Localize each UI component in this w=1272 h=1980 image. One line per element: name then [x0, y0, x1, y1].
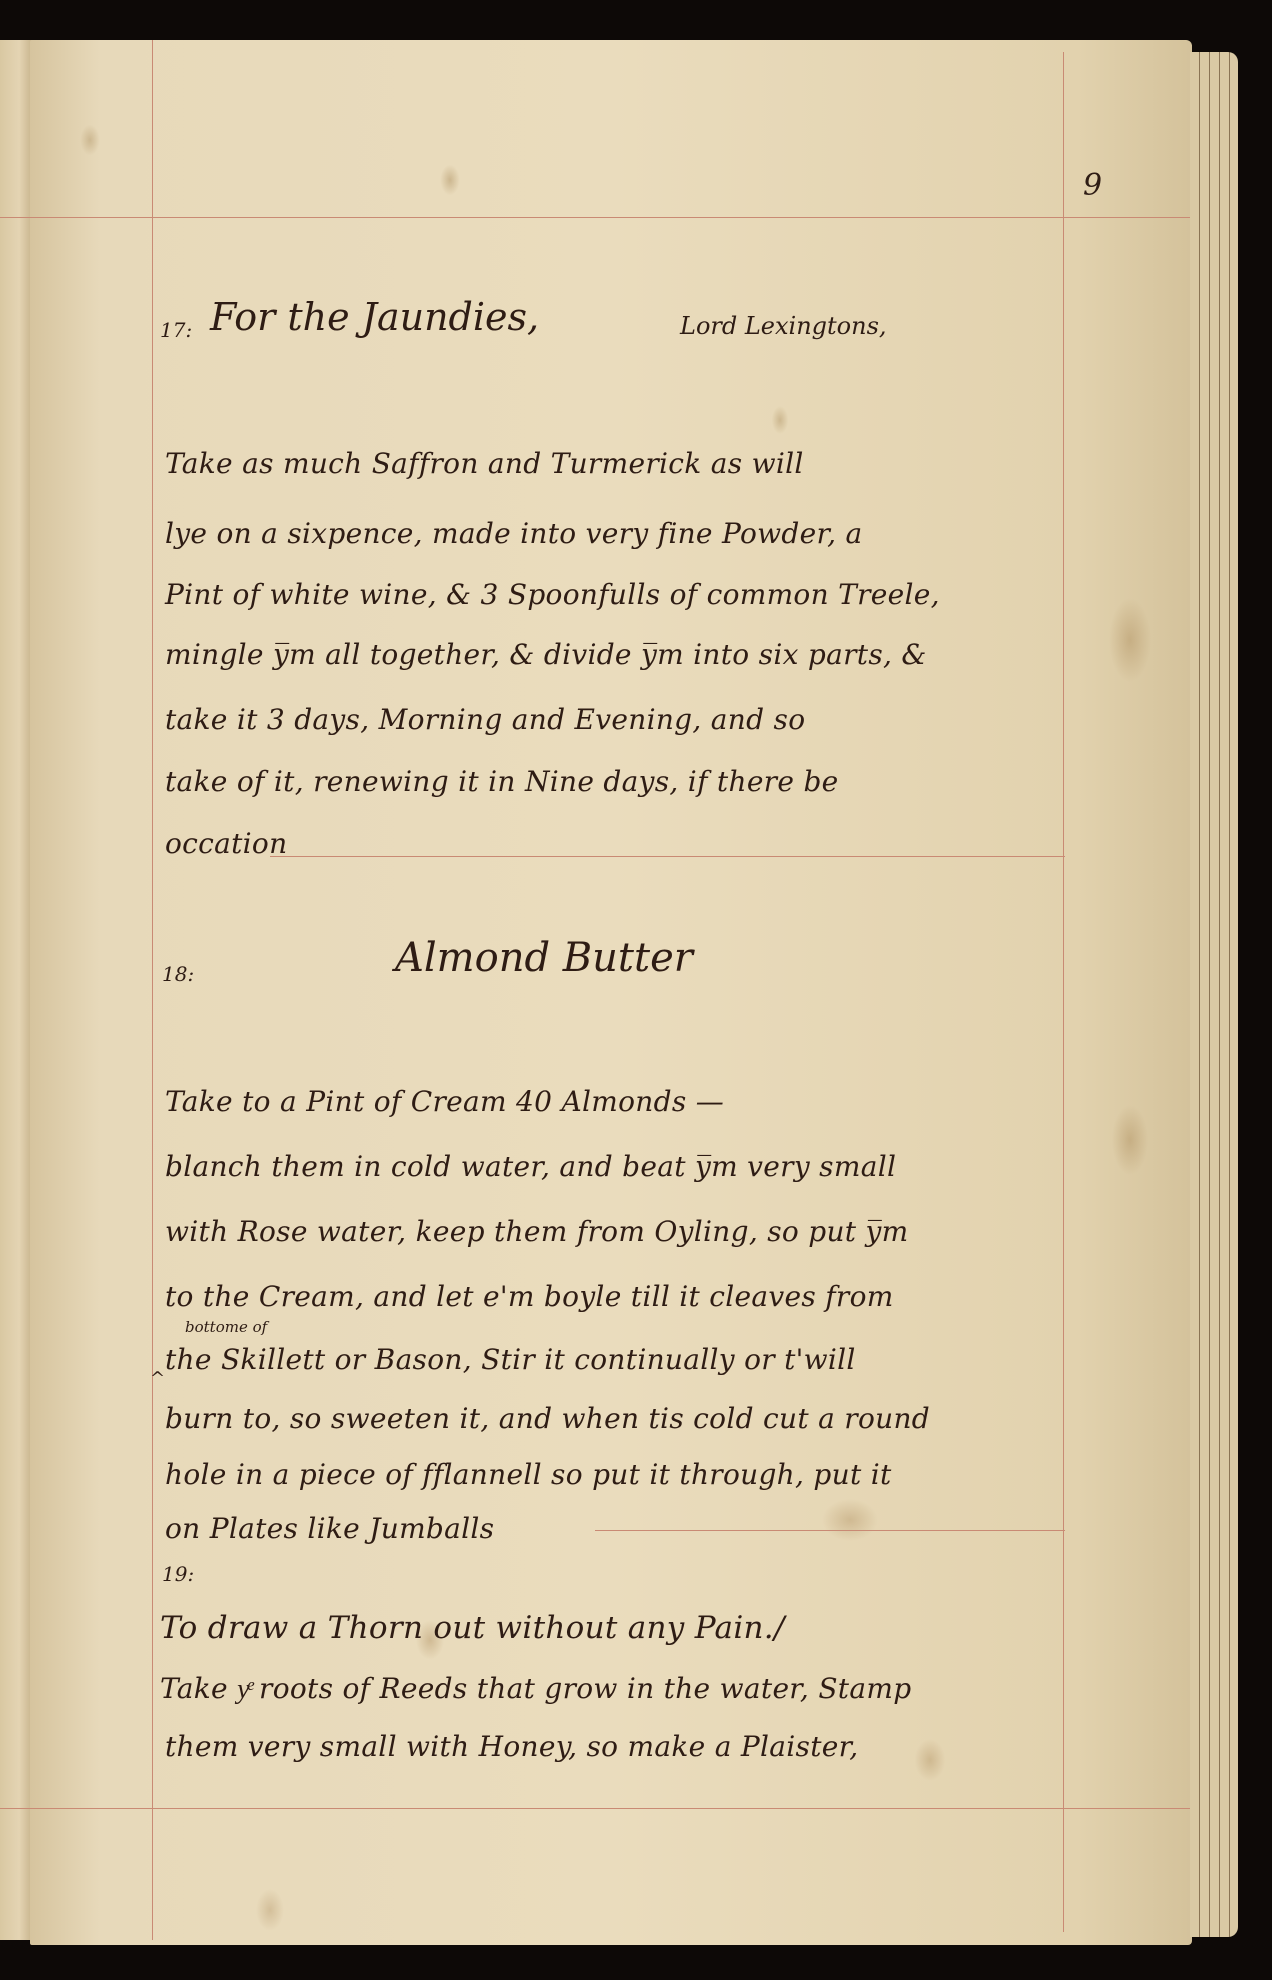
manuscript-page: [30, 40, 1192, 1945]
entry-17-line-1: Take as much Saffron and Turmerick as wi…: [165, 447, 804, 480]
entry-18-end-rule: [595, 1530, 1065, 1531]
entry-17-line-4: mingle y̅m all together, & divide y̅m in…: [165, 638, 927, 671]
entry-18-line-6: burn to, so sweeten it, and when tis col…: [165, 1402, 930, 1435]
entry-17-end-rule: [270, 856, 1065, 857]
entry-17-number: 17:: [160, 318, 192, 342]
entry-18-line-2: blanch them in cold water, and beat y̅m …: [165, 1150, 896, 1183]
entry-18-line-8: on Plates like Jumballs: [165, 1512, 494, 1545]
entry-18-line-3: with Rose water, keep them from Oyling, …: [165, 1215, 909, 1248]
entry-17-line-6: take of it, renewing it in Nine days, if…: [165, 765, 839, 798]
entry-17-line-7: occation: [165, 827, 287, 860]
top-margin-rule: [0, 217, 1190, 218]
entry-18-line-7: hole in a piece of fflannell so put it t…: [165, 1458, 892, 1491]
entry-17-title: For the Jaundies,: [210, 295, 539, 339]
entry-18-title: Almond Butter: [395, 935, 693, 981]
entry-17-line-2: lye on a sixpence, made into very fine P…: [165, 517, 863, 550]
stacked-page-edges: [1190, 52, 1238, 1937]
entry-17-attribution: Lord Lexingtons,: [680, 312, 887, 340]
entry-19-line-2: them very small with Honey, so make a Pl…: [165, 1730, 858, 1763]
bottom-margin-rule: [0, 1808, 1190, 1809]
left-margin-rule: [152, 40, 153, 1940]
entry-17-line-3: Pint of white wine, & 3 Spoonfulls of co…: [165, 578, 940, 611]
entry-18-line-4: to the Cream, and let e'm boyle till it …: [165, 1280, 894, 1313]
entry-18-caret: ^: [150, 1368, 165, 1389]
entry-19-line-1: Take yͤ roots of Reeds that grow in the …: [160, 1672, 911, 1706]
entry-19-title: To draw a Thorn out without any Pain./: [160, 1610, 785, 1646]
page-number: 9: [1083, 168, 1102, 203]
entry-17-line-5: take it 3 days, Morning and Evening, and…: [165, 703, 805, 736]
entry-18-number: 18:: [162, 962, 194, 986]
entry-18-insertion: bottome of: [185, 1318, 267, 1336]
entry-18-line-1: Take to a Pint of Cream 40 Almonds —: [165, 1085, 724, 1118]
right-margin-rule: [1063, 52, 1064, 1932]
entry-19-number: 19:: [162, 1562, 194, 1586]
facing-page-edge: [0, 40, 32, 1940]
entry-18-line-5: the Skillett or Bason, Stir it continual…: [165, 1343, 856, 1376]
